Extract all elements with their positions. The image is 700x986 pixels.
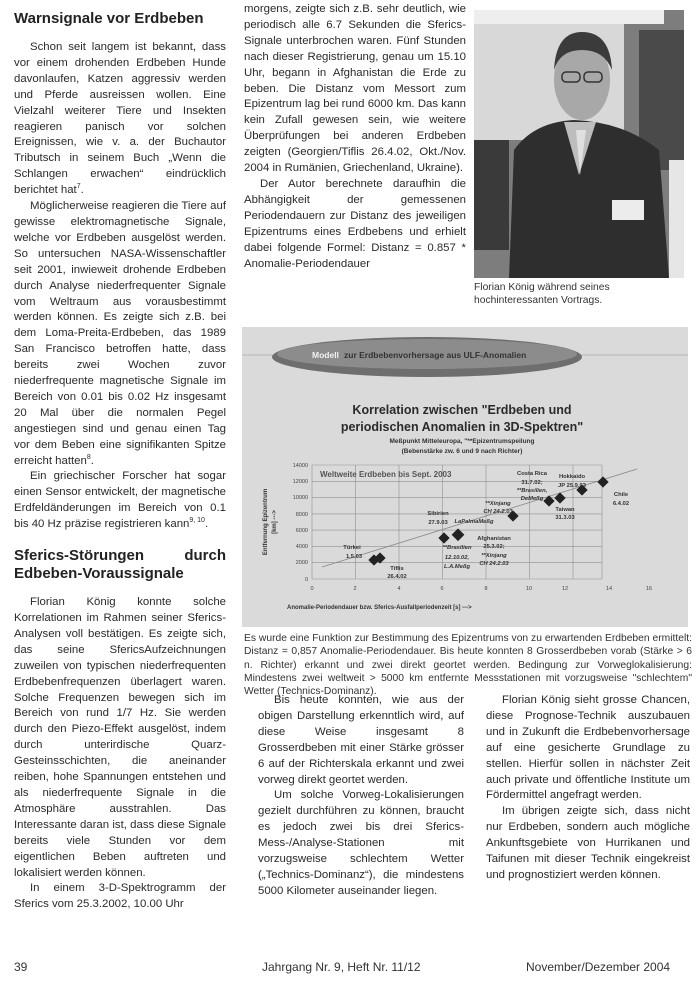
- heading-warnsignale: Warnsignale vor Erdbeben: [14, 10, 226, 28]
- paragraph: Florian König sieht grosse Chancen, dies…: [486, 693, 690, 804]
- paragraph: Im übrigen zeigte sich, dass nicht nur E…: [486, 804, 690, 884]
- svg-text:JP 25.9.03: JP 25.9.03: [558, 483, 587, 489]
- svg-text:Türkei: Türkei: [343, 545, 361, 551]
- svg-text:31.7.02;: 31.7.02;: [521, 480, 542, 486]
- paragraph: Der Autor berechnete daraufhin die Abhän…: [244, 177, 466, 272]
- svg-text:0: 0: [310, 586, 313, 592]
- svg-text:8000: 8000: [296, 512, 308, 518]
- svg-text:Meßpunkt Mitteleuropa, "**Epiz: Meßpunkt Mitteleuropa, "**Epizentrumspei…: [389, 438, 534, 445]
- svg-text:1.5.03: 1.5.03: [346, 554, 363, 560]
- svg-text:12.10.02,: 12.10.02,: [445, 555, 470, 561]
- svg-text:4000: 4000: [296, 544, 308, 550]
- paragraph: Florian König konnte solche Korrelatione…: [14, 595, 226, 881]
- paragraph: Möglicherweise reagieren die Tiere auf g…: [14, 199, 226, 469]
- svg-text:Tiflis: Tiflis: [390, 566, 403, 572]
- svg-text:Korrelation zwischen "Erdbeben: Korrelation zwischen "Erdbeben und: [352, 403, 571, 417]
- paragraph: Ein griechischer Forscher hat sogar eine…: [14, 469, 226, 533]
- svg-text:31.3.03: 31.3.03: [555, 515, 575, 521]
- svg-text:Weltweite Erdbeben bis Sept. 2: Weltweite Erdbeben bis Sept. 2003: [320, 470, 452, 479]
- paragraph: morgens, zeigte sich z.B. sehr deutlich,…: [244, 2, 466, 177]
- svg-text:CH 24.2.03: CH 24.2.03: [483, 509, 513, 515]
- svg-text:6: 6: [440, 586, 443, 592]
- svg-text:12: 12: [562, 586, 568, 592]
- chart-figure: Modell zur Erdbebenvorhersage aus ULF-An…: [242, 327, 688, 627]
- svg-text:[km] --->: [km] --->: [272, 510, 278, 534]
- person-photo-icon: [474, 10, 684, 278]
- svg-text:8: 8: [484, 586, 487, 592]
- paragraph: Schon seit langem ist bekannt, dass vor …: [14, 40, 226, 199]
- svg-text:periodischen Anomalien in 3D-S: periodischen Anomalien in 3D-Spektren": [341, 420, 583, 434]
- banner-rest: zur Erdbebenvorhersage aus ULF-Anomalien: [344, 350, 526, 360]
- svg-text:CH 24.2.03: CH 24.2.03: [479, 561, 509, 567]
- svg-text:6.4.02: 6.4.02: [613, 501, 629, 507]
- column-4: Florian König sieht grosse Chancen, dies…: [486, 693, 690, 884]
- paragraph: In einem 3-D-Spektrogramm der Sferics vo…: [14, 881, 226, 913]
- svg-text:L.A.Meßg: L.A.Meßg: [444, 564, 471, 570]
- banner-bold: Modell: [312, 350, 339, 360]
- svg-text:12000: 12000: [293, 479, 308, 485]
- svg-text:2: 2: [353, 586, 356, 592]
- svg-text:4: 4: [397, 586, 400, 592]
- svg-text:0: 0: [305, 577, 308, 583]
- photo-caption: Florian König während seines hochinteres…: [474, 281, 690, 307]
- svg-text:25.3.02;: 25.3.02;: [483, 544, 504, 550]
- svg-text:Afghanistan: Afghanistan: [477, 536, 511, 542]
- svg-text:2000: 2000: [296, 560, 308, 566]
- svg-text:27.9.03: 27.9.03: [428, 520, 448, 526]
- issue-info: Jahrgang Nr. 9, Heft Nr. 11/12: [262, 960, 421, 974]
- chart-caption: Es wurde eine Funktion zur Bestimmung de…: [244, 632, 692, 698]
- svg-text:10000: 10000: [293, 495, 308, 501]
- svg-text:**Xinjang: **Xinjang: [485, 501, 511, 507]
- svg-text:DeMeßg: DeMeßg: [521, 496, 544, 502]
- svg-text:(Bebenstärke zw. 6 und 9 nach: (Bebenstärke zw. 6 und 9 nach Richter): [402, 448, 523, 455]
- heading-sferics: Sferics-Störungen durch Edbeben-Voraussi…: [14, 547, 226, 583]
- svg-text:**Brasilien: **Brasilien: [443, 545, 472, 551]
- svg-text:LaPalmaMeßg: LaPalmaMeßg: [455, 519, 494, 525]
- svg-text:Sibirien: Sibirien: [427, 511, 449, 517]
- scatter-chart: Modell zur Erdbebenvorhersage aus ULF-An…: [242, 327, 688, 627]
- column-2: morgens, zeigte sich z.B. sehr deutlich,…: [244, 2, 466, 272]
- svg-text:26.4.02: 26.4.02: [387, 574, 406, 580]
- svg-text:14000: 14000: [293, 463, 308, 469]
- svg-text:Anomalie-Periodendauer bzw. S: Anomalie-Periodendauer bzw. Sferics-Ausf…: [287, 605, 472, 611]
- column-3: Bis heute konnten, wie aus der obigen Da…: [258, 693, 464, 900]
- svg-text:14: 14: [606, 586, 612, 592]
- svg-text:Costa Rica: Costa Rica: [517, 471, 548, 477]
- svg-text:16: 16: [646, 586, 652, 592]
- portrait-photo: [474, 10, 684, 278]
- paragraph: Bis heute konnten, wie aus der obigen Da…: [258, 693, 464, 788]
- svg-text:Entfernung Epizentrum: Entfernung Epizentrum: [263, 489, 269, 555]
- column-1: Warnsignale vor Erdbeben Schon seit lang…: [14, 10, 226, 913]
- svg-text:Taiwan: Taiwan: [555, 507, 575, 513]
- svg-text:**Brasilien,: **Brasilien,: [517, 488, 548, 494]
- svg-text:Hokkaido: Hokkaido: [559, 474, 586, 480]
- svg-text:6000: 6000: [296, 528, 308, 534]
- paragraph: Um solche Vorweg-Lokalisierungen gezielt…: [258, 788, 464, 899]
- svg-text:**Xinjang: **Xinjang: [481, 553, 507, 559]
- page-number: 39: [14, 960, 27, 974]
- issue-date: November/Dezember 2004: [526, 960, 670, 974]
- svg-text:10: 10: [526, 586, 532, 592]
- svg-text:Chile: Chile: [614, 492, 629, 498]
